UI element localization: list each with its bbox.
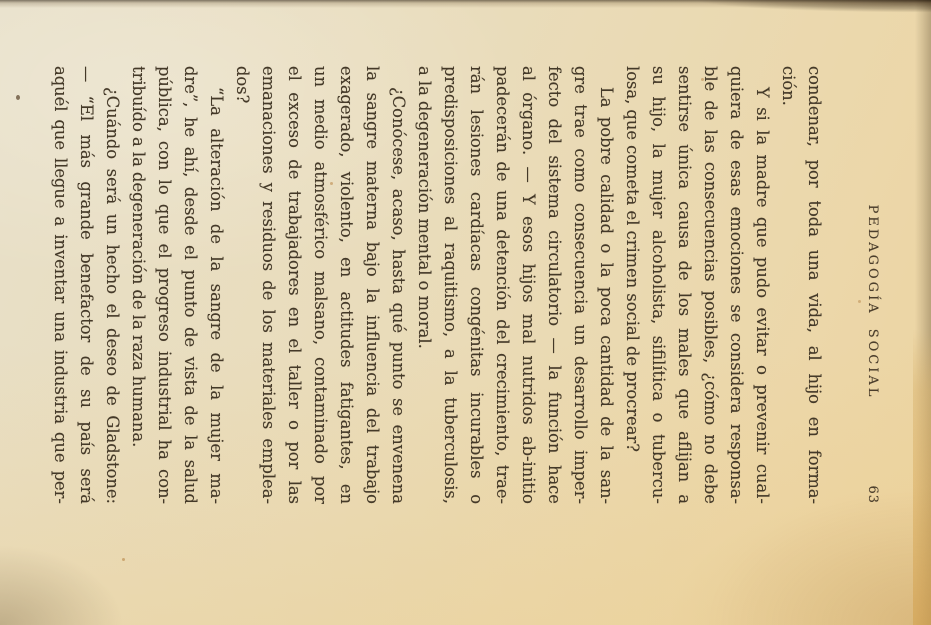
page-number: 63 [863, 485, 881, 504]
text-line: aquélquellegueainventarunaindustriaquepe… [47, 66, 73, 504]
text-line: tribuído a la degeneración de la raza hu… [125, 66, 151, 504]
text-line: ción. [775, 66, 801, 504]
text-line: losa, que cometa el crimen social de pro… [619, 66, 645, 504]
text-line: Lapobrecalidadolapocacantidaddelasan- [593, 66, 619, 504]
book-page: PEDAGOGÍA SOCIAL 63 condenar,portodaunav… [0, 0, 931, 625]
text-line: condenar,portodaunavida,alhijoenforma- [801, 66, 827, 504]
text-line: a la degeneración mental o moral. [411, 66, 437, 504]
text-line: predisposicionesalraquitismo,alatubercul… [437, 66, 463, 504]
book-page-photo: PEDAGOGÍA SOCIAL 63 condenar,portodaunav… [0, 0, 931, 625]
text-line: bledelasconsecuenciasposibles,¿cómonodeb… [697, 66, 723, 504]
text-line: alórgano.—Yesoshijosmalnutridosab-initio [515, 66, 541, 504]
text-line: padecerándeunadetencióndelcrecimiento,tr… [489, 66, 515, 504]
text-line: ¿Conócese,acaso,hastaquépuntoseenvenena [385, 66, 411, 504]
text-line: dos? [229, 66, 255, 504]
text-line: Ysilamadrequepudoevitaroprevenircual- [749, 66, 775, 504]
text-line: —“Elmásgrandebenefactordesupaísserá [73, 66, 99, 504]
page-body-text: condenar,portodaunavida,alhijoenforma-ci… [47, 66, 827, 504]
text-line: emanacionesyresiduosdelosmaterialesemple… [255, 66, 281, 504]
text-line: pública,conloqueelprogresoindustrialhaco… [151, 66, 177, 504]
text-line: gretraecomoconsecuenciaundesarrolloimper… [567, 66, 593, 504]
text-line: unmedioatmosféricomalsano,contaminadopor [307, 66, 333, 504]
text-line: lasangrematernabajolainfluenciadeltrabaj… [359, 66, 385, 504]
text-line: sentirseúnicacausadelosmalesqueaflijana [671, 66, 697, 504]
text-line: quieradeesasemocionesseconsideraresponsa… [723, 66, 749, 504]
text-line: fectodelsistemacirculatorio—lafunciónhac… [541, 66, 567, 504]
text-line: suhijo,lamujeralcoholista,sifilíticaotub… [645, 66, 671, 504]
text-line: exagerado,violento,enactitudesfatigantes… [333, 66, 359, 504]
text-line: elexcesodetrabajadoreseneltalleroporlas [281, 66, 307, 504]
running-header-title: PEDAGOGÍA SOCIAL [863, 66, 881, 504]
text-line: dre”,heahí,desdeelpuntodevistadelasalud [177, 66, 203, 504]
text-line: ránlesionescardíacascongénitasincurables… [463, 66, 489, 504]
text-line: “Laalteracióndelasangredelamujerma- [203, 66, 229, 504]
text-line: ¿CuándoseráunhechoeldeseodeGladstone: [99, 66, 125, 504]
page-header: PEDAGOGÍA SOCIAL 63 [863, 66, 881, 504]
